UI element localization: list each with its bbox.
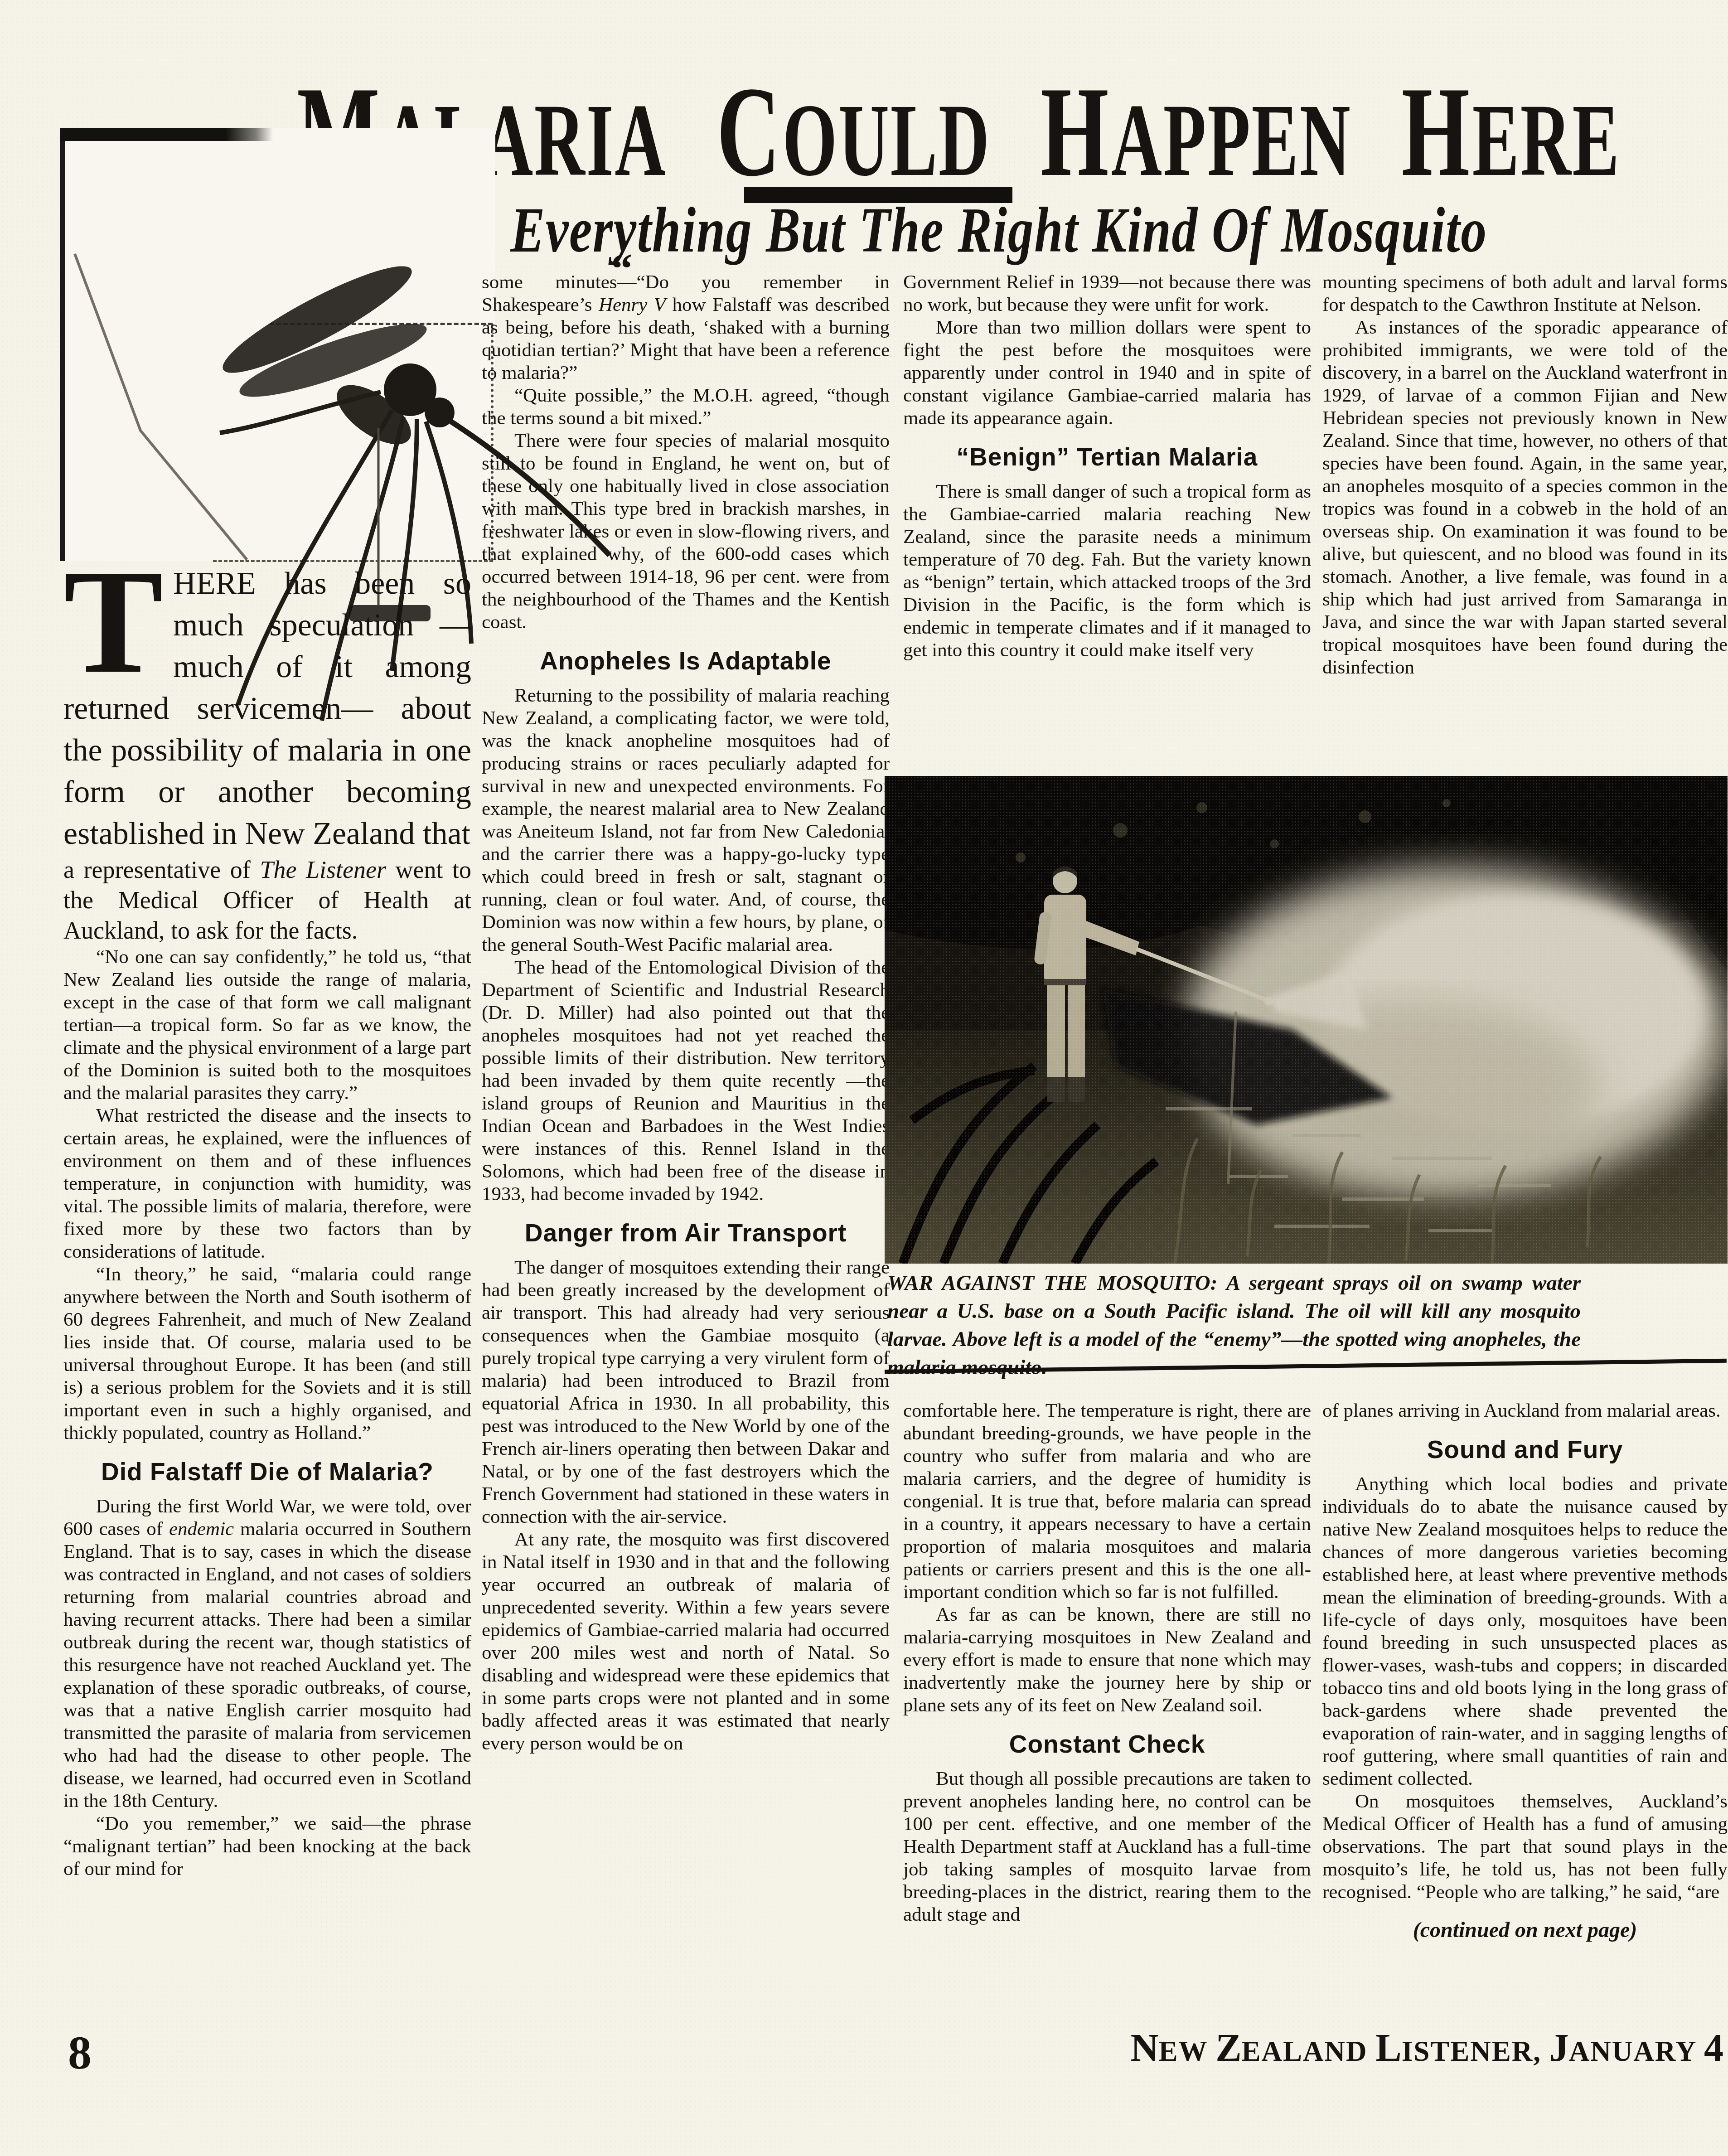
journal-letters: EALAND: [1242, 2035, 1376, 2067]
italic-publication-name: The Listener: [260, 856, 386, 883]
paragraph: “No one can say confidently,” he told us…: [63, 946, 471, 1105]
journal-initial: Z: [1215, 2026, 1241, 2069]
section-heading-constant-check: Constant Check: [903, 1730, 1311, 1758]
headline-word: HAPPEN: [1041, 79, 1352, 193]
journal-initial: J: [1549, 2026, 1569, 2069]
lead-paragraph: THERE has been so much speculation — muc…: [63, 563, 471, 855]
italic-play-title: Henry V: [599, 294, 666, 315]
column-4-upper: mounting specimens of both adult and lar…: [1322, 271, 1728, 679]
text-run: a representative of: [63, 856, 260, 883]
paragraph: “Quite possible,” the M.O.H. agreed, “th…: [482, 384, 890, 430]
italic-word: endemic: [169, 1518, 234, 1540]
section-heading-falstaff: Did Falstaff Die of Malaria?: [63, 1458, 471, 1485]
paragraph: But though all possible precautions are …: [903, 1768, 1311, 1926]
continued-notice: (continued on next page): [1322, 1919, 1728, 1942]
paragraph: Anything which local bodies and private …: [1322, 1473, 1728, 1790]
journal-letters: EW: [1159, 2035, 1216, 2067]
page-number: 8: [68, 2026, 92, 2080]
paragraph: At any rate, the mosquito was first disc…: [482, 1528, 890, 1755]
paragraph: More than two million dollars were spent…: [903, 316, 1311, 430]
paragraph: There is small danger of such a tropical…: [903, 480, 1311, 662]
paragraph: During the first World War, we were told…: [63, 1495, 471, 1812]
column-2: some minutes—“Do you remember in Shakesp…: [482, 271, 890, 1755]
paragraph: Returning to the possibility of malaria …: [482, 684, 890, 956]
section-heading-anopheles: Anopheles Is Adaptable: [482, 647, 890, 674]
headline-letters: ERE: [1472, 83, 1621, 198]
photo-grain-overlay: [885, 776, 1728, 1264]
box-top-border: [60, 128, 273, 141]
headline-initial: H: [1402, 60, 1472, 203]
headline-initial: H: [1041, 60, 1111, 203]
journal-issue-day: 4: [1704, 2026, 1723, 2069]
lead-sub-paragraph: a representative of The Listener went to…: [63, 855, 471, 946]
paragraph: The danger of mosquitoes extending their…: [482, 1256, 890, 1528]
section-heading-benign-tertian: “Benign” Tertian Malaria: [903, 443, 1311, 470]
headline-letters: OULD: [783, 83, 991, 198]
drop-cap: T: [63, 566, 163, 678]
headline-letters: APPEN: [1111, 83, 1351, 198]
journal-letters: ANUARY: [1569, 2035, 1704, 2067]
paragraph: “In theory,” he said, “malaria could ran…: [63, 1263, 471, 1444]
journal-letters: ISTENER,: [1402, 2035, 1549, 2067]
article-headline: MALARIA COULD HAPPEN HERE: [297, 79, 1714, 193]
paragraph: some minutes—“Do you remember in Shakesp…: [482, 271, 890, 384]
column-4-lower: of planes arriving in Auckland from mala…: [1322, 1400, 1728, 1963]
headline-initial: C: [716, 60, 782, 203]
paragraph: There were four species of malarial mosq…: [482, 430, 890, 634]
column-1: THERE has been so much speculation — muc…: [63, 563, 471, 1880]
journal-footer: NEW ZEALAND LISTENER, JANUARY 4: [1130, 2025, 1723, 2070]
headline-word: HERE: [1402, 79, 1621, 193]
journal-initial: L: [1375, 2026, 1401, 2069]
paragraph: of planes arriving in Auckland from mala…: [1322, 1400, 1728, 1422]
paragraph: Government Relief in 1939—not because th…: [903, 271, 1311, 316]
paragraph: What restricted the disease and the inse…: [63, 1105, 471, 1263]
swamp-spray-photo: [885, 776, 1728, 1264]
paragraph: The head of the Entomological Division o…: [482, 956, 890, 1206]
paragraph: mounting specimens of both adult and lar…: [1322, 271, 1728, 316]
paragraph: As far as can be known, there are still …: [903, 1604, 1311, 1717]
column-3-lower: comfortable here. The temperature is rig…: [903, 1400, 1311, 1926]
section-heading-air-transport: Danger from Air Transport: [482, 1219, 890, 1246]
column-3-upper: Government Relief in 1939—not because th…: [903, 271, 1311, 662]
section-heading-sound-and-fury: Sound and Fury: [1322, 1436, 1728, 1463]
caption-lead: WAR AGAINST THE MOSQUITO:: [887, 1271, 1217, 1295]
headline-word-underlined: COULD: [716, 79, 990, 193]
newspaper-page: MALARIA COULD HAPPEN HERE We Have Everyt…: [0, 0, 1728, 2156]
paragraph: “Do you remember,” we said—the phrase “m…: [63, 1812, 471, 1880]
journal-initial: N: [1130, 2026, 1158, 2069]
paragraph: As instances of the sporadic appearance …: [1322, 316, 1728, 679]
paragraph: comfortable here. The temperature is rig…: [903, 1400, 1311, 1604]
text-run: malaria occurred in Southern England. Th…: [63, 1518, 471, 1812]
paragraph: On mosquitoes themselves, Auckland’s Med…: [1322, 1790, 1728, 1904]
